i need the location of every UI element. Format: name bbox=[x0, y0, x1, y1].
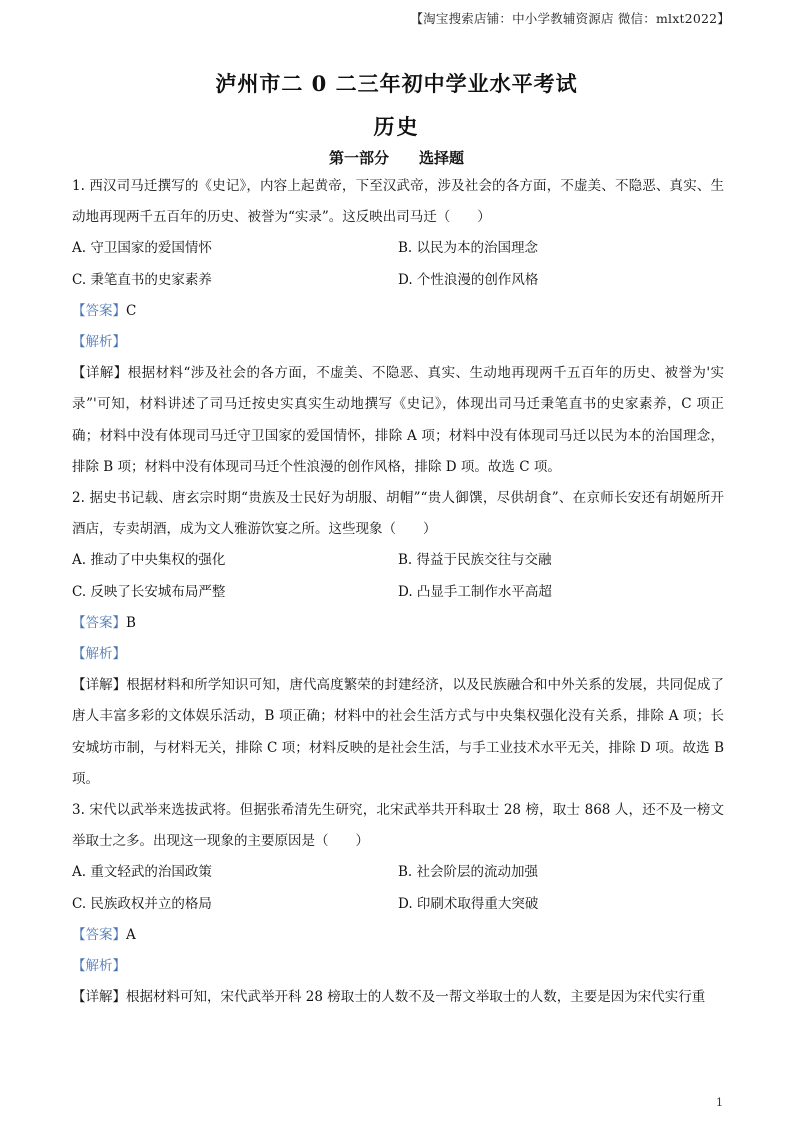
question-1: 1. 西汉司马迁撰写的《史记》，内容上起黄帝，下至汉武帝，涉及社会的各方面，不虚… bbox=[72, 171, 724, 483]
analysis-label: 【解析】 bbox=[72, 639, 724, 670]
detail-text: 根据材料“涉及社会的各方面，不虚美、不隐恶、真实、生动地再现两千五百年的历史、被… bbox=[72, 365, 724, 475]
header-note: 【淘宝搜索店铺：中小学教辅资源店 微信：mlxt2022】 bbox=[410, 9, 730, 27]
option-b: B. 以民为本的治国理念 bbox=[398, 233, 724, 264]
question-2: 2. 据史书记载、唐玄宗时期“贵族及士民好为胡服、胡帽”“贵人御馔，尽供胡食”、… bbox=[72, 483, 724, 795]
detail-line: 【详解】根据材料可知，宋代武举开科 28 榜取士的人数不及一帮文举取士的人数，主… bbox=[72, 982, 724, 1013]
option-a: A. 推动了中央集权的强化 bbox=[72, 545, 398, 576]
page-number: 1 bbox=[716, 1096, 723, 1109]
question-3: 3. 宋代以武举来选拔武将。但据张希清先生研究，北宋武举共开科取士 28 榜，取… bbox=[72, 795, 724, 1013]
question-stem: 2. 据史书记载、唐玄宗时期“贵族及士民好为胡服、胡帽”“贵人御馔，尽供胡食”、… bbox=[72, 483, 724, 545]
answer-value: A bbox=[126, 927, 136, 943]
answer-value: B bbox=[126, 615, 136, 631]
answer-label: 【答案】 bbox=[72, 615, 126, 631]
detail-line: 【详解】根据材料“涉及社会的各方面，不虚美、不隐恶、真实、生动地再现两千五百年的… bbox=[72, 358, 724, 483]
section-part: 第一部分 bbox=[329, 149, 389, 167]
question-stem: 1. 西汉司马迁撰写的《史记》，内容上起黄帝，下至汉武帝，涉及社会的各方面，不虚… bbox=[72, 171, 724, 233]
options: A. 推动了中央集权的强化 B. 得益于民族交往与交融 C. 反映了长安城布局严… bbox=[72, 545, 724, 607]
option-c: C. 反映了长安城布局严整 bbox=[72, 577, 398, 608]
option-d: D. 印刷术取得重大突破 bbox=[398, 889, 724, 920]
subject-title: 历史 bbox=[0, 111, 793, 141]
answer-line: 【答案】B bbox=[72, 608, 724, 639]
detail-text: 根据材料可知，宋代武举开科 28 榜取士的人数不及一帮文举取士的人数，主要是因为… bbox=[126, 989, 705, 1005]
detail-label: 【详解】 bbox=[72, 989, 126, 1005]
answer-line: 【答案】C bbox=[72, 296, 724, 327]
answer-label: 【答案】 bbox=[72, 927, 126, 943]
answer-value: C bbox=[126, 303, 136, 319]
section-heading: 第一部分选择题 bbox=[0, 147, 793, 168]
detail-text: 根据材料和所学知识可知，唐代高度繁荣的封建经济，以及民族融合和中外关系的发展，共… bbox=[72, 677, 724, 787]
answer-label: 【答案】 bbox=[72, 303, 126, 319]
detail-line: 【详解】根据材料和所学知识可知，唐代高度繁荣的封建经济，以及民族融合和中外关系的… bbox=[72, 670, 724, 795]
exam-title: 泸州市二 0 二三年初中学业水平考试 bbox=[0, 68, 793, 98]
option-b: B. 得益于民族交往与交融 bbox=[398, 545, 724, 576]
question-stem: 3. 宋代以武举来选拔武将。但据张希清先生研究，北宋武举共开科取士 28 榜，取… bbox=[72, 795, 724, 857]
detail-label: 【详解】 bbox=[72, 365, 128, 381]
options: A. 守卫国家的爱国情怀 B. 以民为本的治国理念 C. 秉笔直书的史家素养 D… bbox=[72, 233, 724, 295]
detail-label: 【详解】 bbox=[72, 677, 126, 693]
option-d: D. 凸显手工制作水平高超 bbox=[398, 577, 724, 608]
option-c: C. 秉笔直书的史家素养 bbox=[72, 265, 398, 296]
document-body: 1. 西汉司马迁撰写的《史记》，内容上起黄帝，下至汉武帝，涉及社会的各方面，不虚… bbox=[72, 171, 724, 1013]
option-d: D. 个性浪漫的创作风格 bbox=[398, 265, 724, 296]
answer-line: 【答案】A bbox=[72, 920, 724, 951]
option-a: A. 守卫国家的爱国情怀 bbox=[72, 233, 398, 264]
analysis-label: 【解析】 bbox=[72, 951, 724, 982]
option-a: A. 重文轻武的治国政策 bbox=[72, 857, 398, 888]
analysis-label: 【解析】 bbox=[72, 327, 724, 358]
options: A. 重文轻武的治国政策 B. 社会阶层的流动加强 C. 民族政权并立的格局 D… bbox=[72, 857, 724, 919]
option-c: C. 民族政权并立的格局 bbox=[72, 889, 398, 920]
option-b: B. 社会阶层的流动加强 bbox=[398, 857, 724, 888]
section-name: 选择题 bbox=[419, 149, 464, 167]
